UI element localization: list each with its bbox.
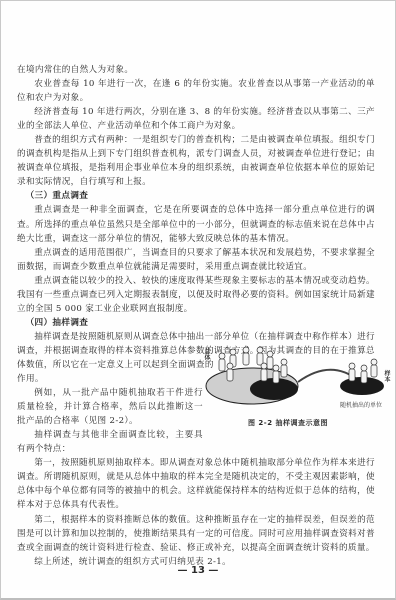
paragraph: 第二，根据样本的资料推断总体的数值。这种推断虽存在一定的抽样误差，但误差的范围是…: [17, 513, 375, 555]
sampling-diagram: 总体 样本 随机抽出的单位 图 2-2 抽样调查示意图: [200, 344, 390, 432]
paragraph: 重点调查是一种非全面调查，它是在所要调查的总体中选择一部分重点单位进行的调查。所…: [17, 203, 375, 245]
paragraph: 农业普查每 10 年进行一次，在逢 6 的年份实施。农业普查以从事第一产业活动的…: [17, 77, 375, 105]
paragraph: 第一，按照随机原则抽取样本。即从调查对象总体中随机抽取部分单位作为样本来进行调查…: [17, 456, 375, 512]
paragraph: 例如，从一批产品中随机抽取若干件进行质量检验，并计算合格率，然后以此推断这一批产…: [17, 386, 203, 428]
figure-caption: 图 2-2 抽样调查示意图: [248, 418, 328, 428]
paragraph: 重点调查的适用范围很广，当调查目的只要求了解基本状况和发展趋势，不要求掌握全面数…: [17, 246, 375, 274]
paragraph: 重点调查能以较少的投入、较快的速度取得某些现象主要标志的基本情况或变动趋势。我国…: [17, 274, 375, 316]
random-units-label: 随机抽出的单位: [340, 400, 382, 409]
paragraph: 经济普查每 10 年进行两次，分别在逢 3、8 的年份实施。经济普查以从事第二、…: [17, 105, 375, 133]
sample-label: 样本: [382, 370, 391, 382]
section-heading: （四）抽样调查: [17, 316, 375, 330]
text-column: 在境内常住的自然人为对象。 农业普查每 10 年进行一次，在逢 6 的年份实施。…: [17, 63, 375, 569]
paragraph: 抽样调查与其他非全面调查比较，主要具有两个特点：: [17, 428, 203, 456]
paragraph: 普查的组织方式有两种：一是组织专门的普查机构；二是由被调查单位填报。组织专门的调…: [17, 133, 375, 189]
figure-wrap-text: 作用。 例如，从一批产品中随机抽取若干件进行质量检验，并计算合格率，然后以此推断…: [17, 372, 203, 456]
paragraph: 作用。: [17, 372, 203, 386]
paragraph: 在境内常住的自然人为对象。: [17, 63, 375, 77]
section-heading: （三）重点调查: [17, 189, 375, 203]
population-label: 总体: [202, 348, 211, 360]
page-number: — 13 —: [0, 565, 396, 576]
